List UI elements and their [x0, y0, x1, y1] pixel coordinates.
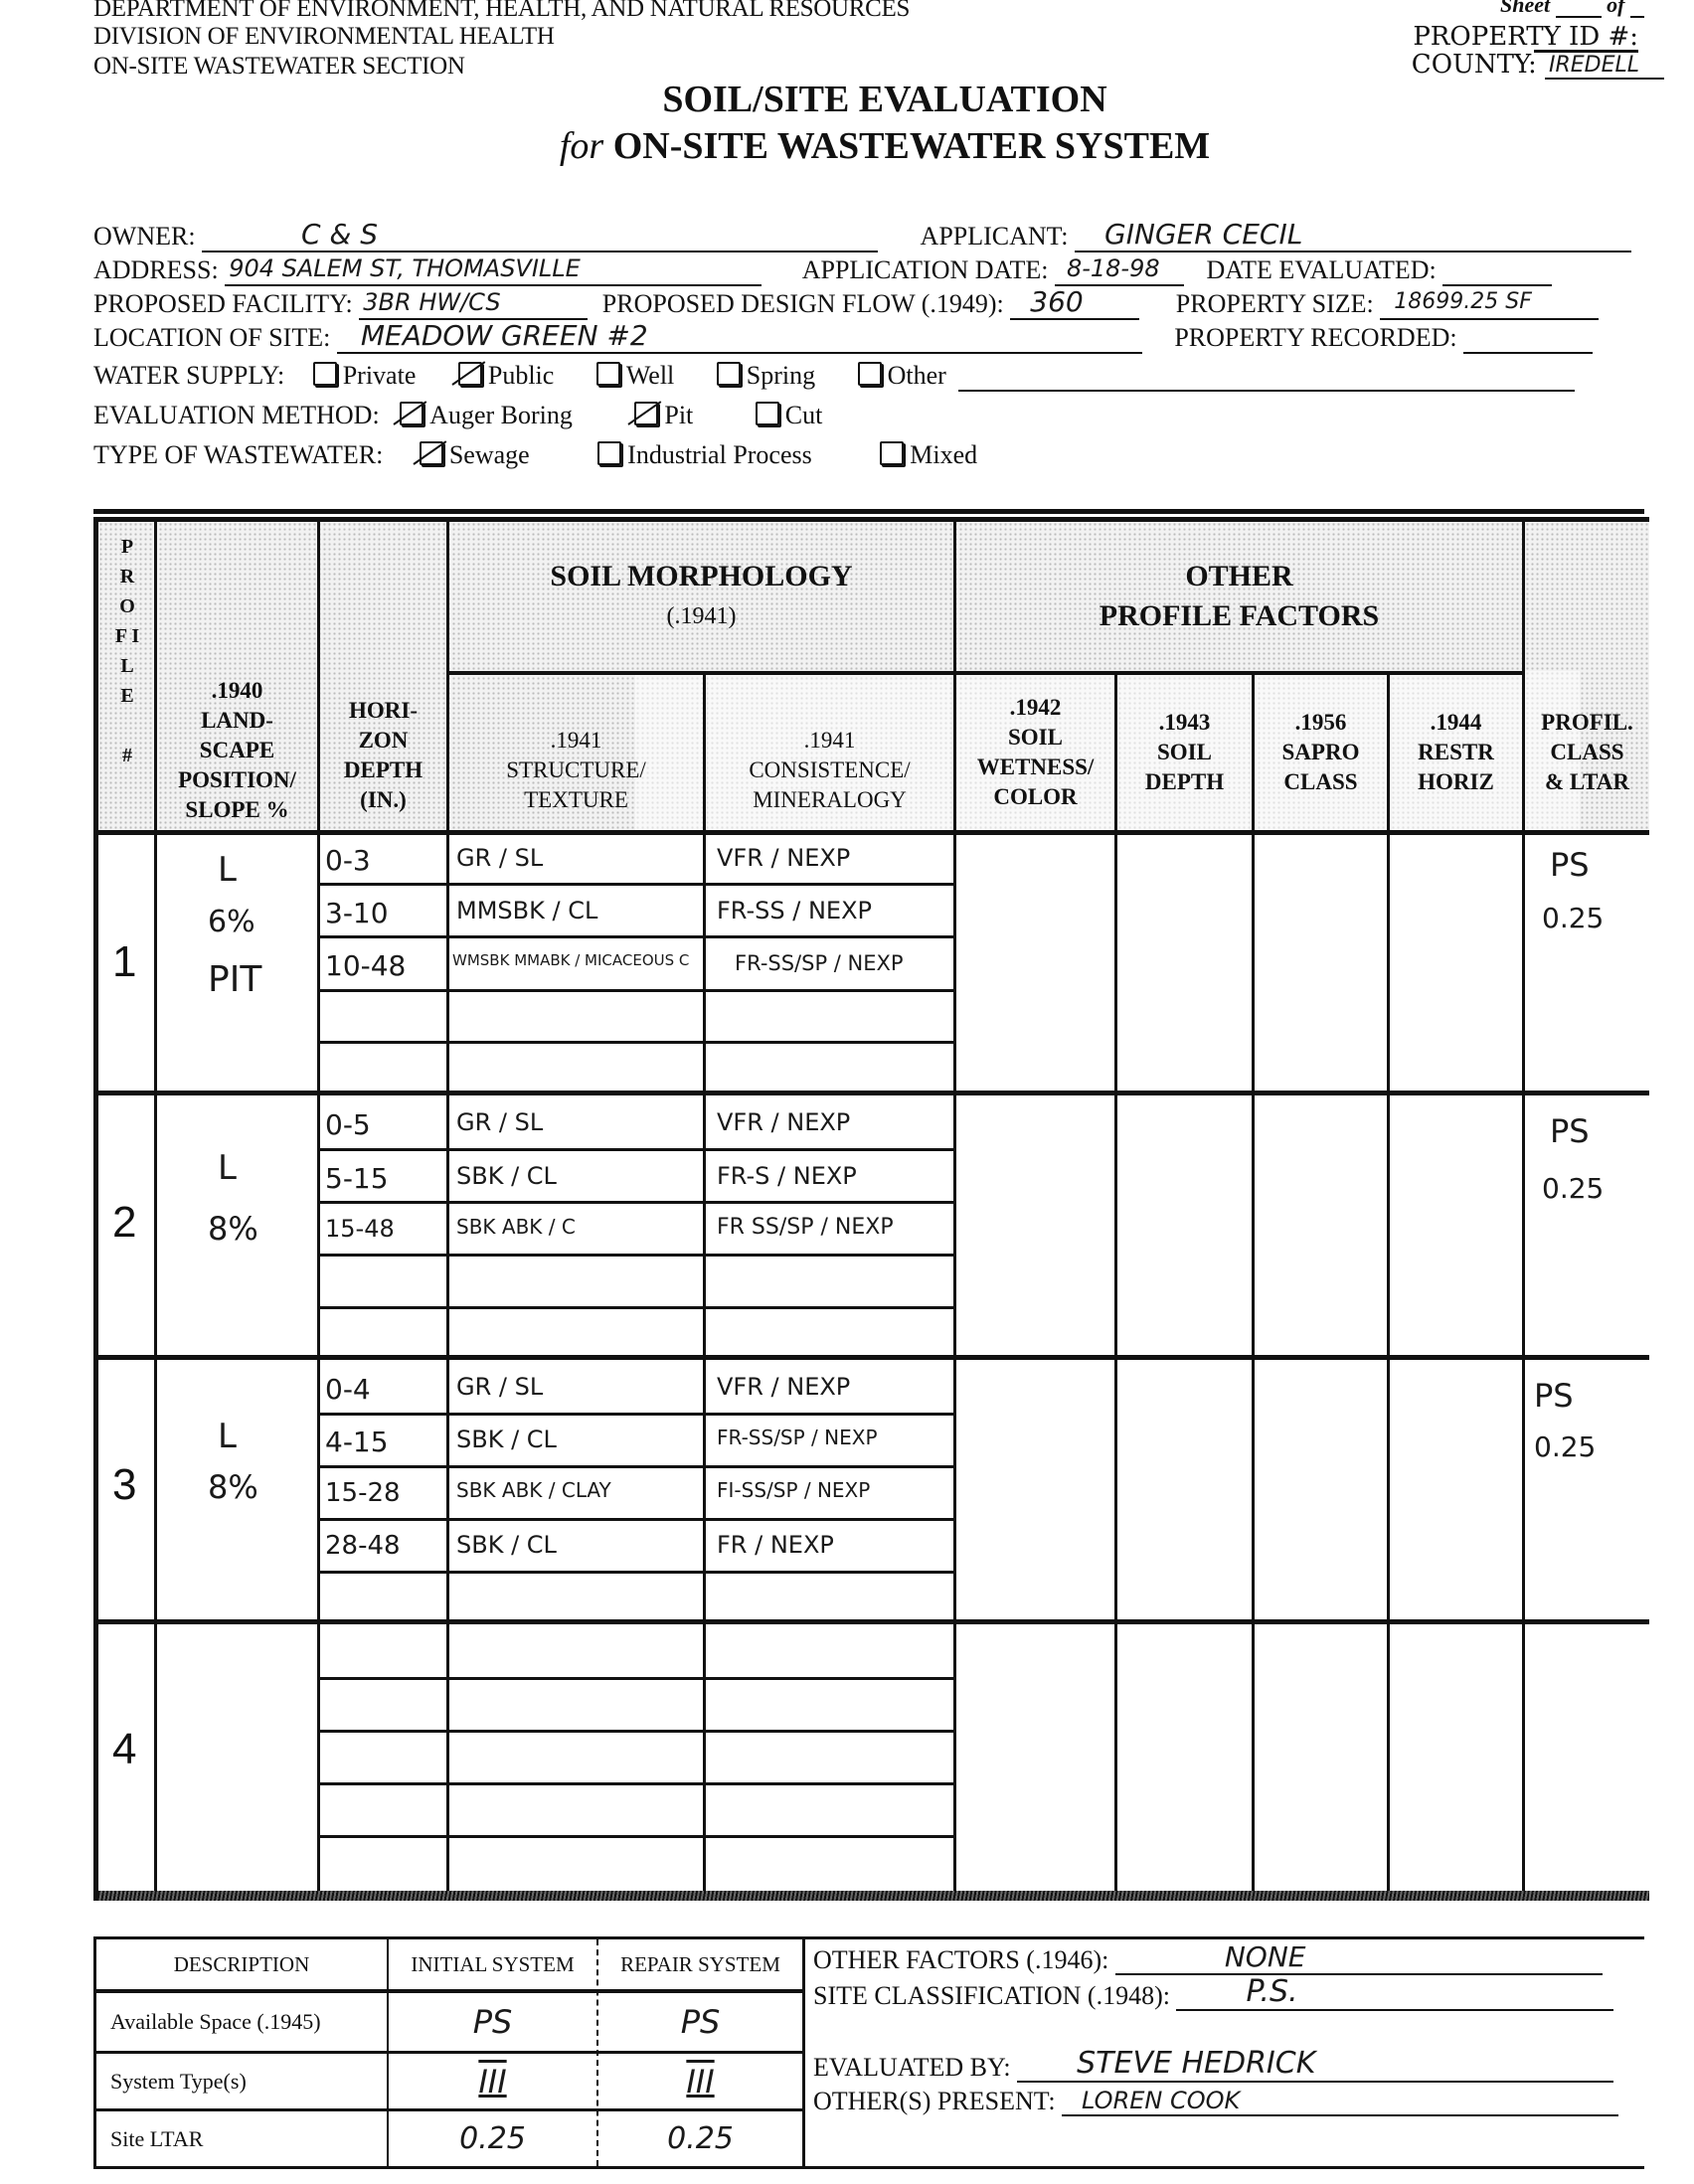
header-consistence-mineralogy: .1941 CONSISTENCE/ MINERALOGY [706, 711, 953, 830]
header-soil-morphology: SOIL MORPHOLOGY (.1941) [449, 522, 953, 671]
header-profile-class-ltar: PROFIL. CLASS & LTAR [1525, 675, 1649, 830]
checkbox-icon[interactable] [717, 362, 741, 386]
evaluation-method-auger[interactable]: Auger Boring [400, 400, 573, 431]
header-profile-number: P R O F I L E# [112, 532, 142, 770]
horizon-structure[interactable]: WMSBK MMABK / MICACEOUS C [452, 951, 689, 969]
horizon-structure[interactable]: MMSBK / CL [456, 897, 597, 924]
profile-number: 4 [112, 1725, 136, 1774]
owner-row: OWNER: C & S APPLICANT: GINGER CECIL [93, 221, 1631, 252]
horizon-depth[interactable]: 0-3 [325, 844, 371, 877]
date-evaluated-field[interactable] [1442, 254, 1552, 286]
summary-initial-value[interactable]: III [389, 2054, 596, 2108]
horizon-structure[interactable]: SBK ABK / CLAY [456, 1478, 611, 1502]
horizon-depth[interactable]: 0-4 [325, 1373, 371, 1406]
evaluation-method-pit[interactable]: Pit [634, 400, 693, 431]
profile-ltar[interactable]: 0.25 [1534, 1430, 1596, 1463]
horizon-consistence[interactable]: FR-SS / NEXP [717, 897, 872, 924]
checkbox-icon[interactable] [597, 441, 621, 465]
other-factors-field[interactable]: NONE [1115, 1943, 1603, 1975]
header-soil-wetness: .1942 SOIL WETNESS/ COLOR [956, 675, 1114, 830]
header-landscape: .1940 LAND- SCAPE POSITION/ SLOPE % [157, 671, 317, 830]
agency-line-1: DEPARTMENT OF ENVIRONMENT, HEALTH, AND N… [93, 0, 910, 24]
property-recorded-field[interactable] [1463, 322, 1593, 354]
checkbox-checked-icon[interactable] [420, 441, 443, 465]
horizon-depth[interactable]: 5-15 [325, 1162, 389, 1195]
wastewater-industrial[interactable]: Industrial Process [597, 439, 812, 471]
horizon-depth[interactable]: 4-15 [325, 1426, 389, 1458]
sheet-number-field[interactable] [1556, 0, 1602, 18]
horizon-structure[interactable]: GR / SL [456, 1373, 543, 1401]
horizon-consistence[interactable]: VFR / NEXP [717, 1373, 850, 1401]
horizon-depth[interactable]: 15-48 [325, 1215, 395, 1243]
summary-row-label: System Type(s) [110, 2054, 247, 2108]
evaluation-method-row: EVALUATION METHOD: Auger Boring Pit Cut [93, 400, 858, 431]
horizon-depth[interactable]: 3-10 [325, 897, 389, 929]
table-bottom-rule [98, 1891, 1649, 1901]
horizon-structure[interactable]: SBK / CL [456, 1531, 557, 1559]
summary-row-label: Available Space (.1945) [110, 1993, 321, 2051]
summary-repair-value[interactable]: 0.25 [598, 2111, 802, 2166]
header-soil-depth: .1943 SOIL DEPTH [1117, 675, 1252, 830]
property-id: PROPERTY ID #: [1413, 22, 1638, 52]
horizon-depth[interactable]: 28-48 [325, 1531, 401, 1561]
profile-number: 3 [112, 1460, 136, 1510]
wastewater-mixed[interactable]: Mixed [880, 439, 977, 471]
application-date-field[interactable]: 8-18-98 [1055, 254, 1184, 286]
system-summary-table: DESCRIPTION INITIAL SYSTEM REPAIR SYSTEM… [93, 1936, 805, 2169]
header-horizon-depth: HORI- ZON DEPTH (IN.) [320, 681, 446, 830]
form-subtitle: for ON-SITE WASTEWATER SYSTEM [388, 124, 1382, 168]
table-top-rule [93, 509, 1644, 514]
summary-row-label: Site LTAR [110, 2111, 203, 2166]
checkbox-checked-icon[interactable] [458, 362, 482, 386]
agency-line-2: DIVISION OF ENVIRONMENTAL HEALTH [93, 22, 555, 52]
summary-header-description: DESCRIPTION [96, 1939, 387, 1989]
proposed-facility-field[interactable]: 3BR HW/CS [359, 288, 588, 320]
summary-header-repair: REPAIR SYSTEM [598, 1939, 802, 1989]
profile-ltar[interactable]: 0.25 [1542, 1172, 1604, 1205]
horizon-consistence[interactable]: VFR / NEXP [717, 844, 850, 872]
others-present-field[interactable]: LOREN COOK [1062, 2085, 1618, 2116]
checkbox-icon[interactable] [596, 362, 620, 386]
profile-class[interactable]: PS [1550, 846, 1590, 884]
water-supply-well[interactable]: Well [596, 360, 674, 392]
horizon-depth[interactable]: 0-5 [325, 1108, 371, 1141]
horizon-consistence[interactable]: FR-SS/SP / NEXP [717, 1426, 878, 1449]
profile-number: 1 [112, 937, 136, 987]
owner-field[interactable]: C & S [202, 221, 878, 252]
horizon-depth[interactable]: 10-48 [325, 949, 406, 982]
facility-row: PROPOSED FACILITY: 3BR HW/CS PROPOSED DE… [93, 288, 1599, 320]
design-flow-field[interactable]: 360 [1010, 288, 1139, 320]
property-size-field[interactable]: 18699.25 SF [1380, 288, 1599, 320]
header-restr-horiz: .1944 RESTR HORIZ [1390, 675, 1522, 830]
water-supply-spring[interactable]: Spring [717, 360, 815, 392]
summary-initial-value[interactable]: PS [389, 1993, 596, 2051]
horizon-structure[interactable]: SBK / CL [456, 1426, 557, 1453]
profile-number: 2 [112, 1198, 136, 1248]
checkbox-icon[interactable] [756, 402, 779, 425]
checkbox-icon[interactable] [313, 362, 337, 386]
checkbox-icon[interactable] [880, 441, 904, 465]
site-classification-row: SITE CLASSIFICATION (.1948): P.S. [813, 1979, 1613, 2011]
other-factors-row: OTHER FACTORS (.1946): NONE [813, 1943, 1603, 1975]
checkbox-checked-icon[interactable] [634, 402, 658, 425]
horizon-consistence[interactable]: FR-SS/SP / NEXP [735, 951, 904, 975]
horizon-structure[interactable]: SBK / CL [456, 1162, 557, 1190]
county-field[interactable]: IREDELL [1545, 50, 1664, 80]
horizon-structure[interactable]: GR / SL [456, 1108, 543, 1136]
profile-ltar[interactable]: 0.25 [1542, 902, 1604, 934]
horizon-consistence[interactable]: VFR / NEXP [717, 1108, 850, 1136]
county: COUNTY: IREDELL [1412, 50, 1664, 80]
water-supply-other-field[interactable] [958, 360, 1575, 392]
sheet-indicator: Sheet of [1500, 0, 1644, 18]
location-row: LOCATION OF SITE: MEADOW GREEN #2 PROPER… [93, 322, 1593, 354]
form-title: SOIL/SITE EVALUATION [388, 78, 1382, 121]
water-supply-other[interactable]: Other [858, 360, 946, 392]
wastewater-sewage[interactable]: Sewage [420, 439, 530, 471]
header-other-profile-factors: OTHER PROFILE FACTORS [956, 522, 1522, 671]
others-present-row: OTHER(S) PRESENT: LOREN COOK [813, 2085, 1618, 2116]
summary-repair-value[interactable]: III [598, 2054, 802, 2108]
horizon-depth[interactable]: 15-28 [325, 1478, 401, 1508]
address-row: ADDRESS: 904 SALEM ST, THOMASVILLE APPLI… [93, 254, 1552, 286]
profile-class[interactable]: PS [1550, 1112, 1590, 1150]
checkbox-icon[interactable] [858, 362, 882, 386]
evaluation-footer: OTHER FACTORS (.1946): NONE SITE CLASSIF… [799, 1936, 1644, 2169]
water-supply-public[interactable]: Public [458, 360, 554, 392]
horizon-consistence[interactable]: FR SS/SP / NEXP [717, 1215, 894, 1240]
evaluation-method-cut[interactable]: Cut [756, 400, 823, 431]
horizon-structure[interactable]: SBK ABK / C [456, 1215, 576, 1239]
site-classification-field[interactable]: P.S. [1176, 1979, 1613, 2011]
soil-profile-table: .1940 LAND- SCAPE POSITION/ SLOPE % HORI… [93, 517, 1649, 1901]
sheet-total-field[interactable] [1630, 0, 1644, 18]
wastewater-type-row: TYPE OF WASTEWATER: Sewage Industrial Pr… [93, 439, 1013, 471]
evaluated-by-row: EVALUATED BY: STEVE HEDRICK [813, 2051, 1613, 2083]
horizon-consistence[interactable]: FI-SS/SP / NEXP [717, 1478, 870, 1502]
evaluated-by-field[interactable]: STEVE HEDRICK [1017, 2051, 1613, 2083]
summary-initial-value[interactable]: 0.25 [389, 2111, 596, 2166]
header-sapro-class: .1956 SAPRO CLASS [1255, 675, 1387, 830]
header-structure-texture: .1941 STRUCTURE/ TEXTURE [449, 711, 703, 830]
checkbox-checked-icon[interactable] [400, 402, 423, 425]
summary-header-initial: INITIAL SYSTEM [389, 1939, 596, 1989]
address-field[interactable]: 904 SALEM ST, THOMASVILLE [225, 254, 762, 286]
water-supply-row: WATER SUPPLY: Private Public Well Spring… [93, 360, 1575, 392]
horizon-consistence[interactable]: FR / NEXP [717, 1531, 834, 1559]
profile-class[interactable]: PS [1534, 1377, 1574, 1415]
horizon-structure[interactable]: GR / SL [456, 844, 543, 872]
applicant-field[interactable]: GINGER CECIL [1075, 221, 1631, 252]
location-field[interactable]: MEADOW GREEN #2 [337, 322, 1142, 354]
horizon-consistence[interactable]: FR-S / NEXP [717, 1162, 857, 1190]
summary-repair-value[interactable]: PS [598, 1993, 802, 2051]
water-supply-private[interactable]: Private [313, 360, 417, 392]
